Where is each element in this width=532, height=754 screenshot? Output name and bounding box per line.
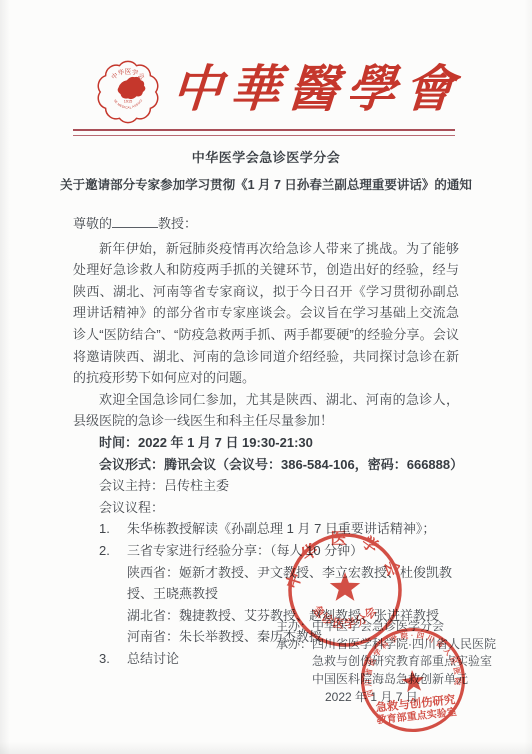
emblem-year: 1915 bbox=[124, 100, 133, 104]
salutation-suffix: 教授： bbox=[158, 216, 197, 231]
signature-block: 主办： 中华医学会急诊医学分会 承办： 四川省医学科学院·四川省人民医院 急救与… bbox=[276, 618, 516, 707]
salutation-line: 尊敬的教授： bbox=[73, 213, 459, 235]
organizer-row: 承办： 四川省医学科学院·四川省人民医院 急救与创伤研究教育部重点实验室 中国医… bbox=[276, 636, 516, 689]
meeting-time: 时间：2022 年 1 月 7 日 19:30-21:30 bbox=[73, 432, 459, 454]
agenda-sub-shaanxi: 陕西省：姬新才教授、尹文教授、李立宏教授、杜俊凯教授、王晓燕教授 bbox=[73, 562, 459, 605]
agenda-label: 会议议程： bbox=[73, 497, 459, 519]
organizer-names: 四川省医学科学院·四川省人民医院 急救与创伤研究教育部重点实验室 中国医科院海岛… bbox=[312, 636, 496, 689]
notice-body: 尊敬的教授： 新年伊始，新冠肺炎疫情再次给急诊人带来了挑战。为了能够处理好急诊救… bbox=[73, 213, 459, 669]
meeting-format: 会议形式：腾讯会议（会议号：386-584-106，密码：666888） bbox=[73, 454, 459, 476]
agenda-item-number: 1. bbox=[73, 518, 127, 540]
cma-emblem-icon: 中华医学会 1915 CHINESE MEDICAL ASSOCIATION bbox=[96, 60, 160, 124]
organizer-line: 四川省医学科学院·四川省人民医院 bbox=[312, 636, 496, 654]
paragraph-intro: 新年伊始，新冠肺炎疫情再次给急诊人带来了挑战。为了能够处理好急诊救人和防疫两手抓… bbox=[73, 238, 459, 389]
host-org-row: 主办： 中华医学会急诊医学分会 bbox=[276, 618, 516, 636]
agenda-item-text: 三省专家进行经验分享：（每人 10 分钟） bbox=[127, 540, 459, 562]
agenda-item-1: 1. 朱华栋教授解读《孙副总理 1 月 7 日重要讲话精神》； bbox=[73, 518, 459, 540]
paragraph-welcome: 欢迎全国急诊同仁参加，尤其是陕西、湖北、河南的急诊人，县级医院的急诊一线医生和科… bbox=[73, 389, 459, 432]
agenda-item-number: 3. bbox=[73, 648, 127, 670]
host-org-name: 中华医学会急诊医学分会 bbox=[312, 618, 444, 636]
stamp-line2-text: 教育部重点实验室 bbox=[375, 705, 458, 726]
organizer-line: 中国医科院海岛急救创新单元 bbox=[312, 671, 496, 689]
organizer-label: 承办： bbox=[276, 636, 312, 689]
salutation-blank bbox=[112, 215, 158, 228]
organizer-line: 急救与创伤研究教育部重点实验室 bbox=[312, 653, 496, 671]
salutation-prefix: 尊敬的 bbox=[73, 216, 112, 231]
notice-subject-title: 关于邀请部分专家参加学习贯彻《1 月 7 日孙春兰副总理重要讲话》的通知 bbox=[40, 175, 492, 193]
header-divider bbox=[73, 129, 455, 136]
agenda-item-text: 朱华栋教授解读《孙副总理 1 月 7 日重要讲话精神》； bbox=[127, 518, 459, 540]
meeting-host: 会议主持：吕传柱主委 bbox=[73, 475, 459, 497]
cma-calligraphy-title: 中華醫學會 bbox=[170, 56, 475, 126]
agenda-item-2: 2. 三省专家进行经验分享：（每人 10 分钟） bbox=[73, 540, 459, 562]
notice-document: 中华医学会 1915 CHINESE MEDICAL ASSOCIATION 中… bbox=[0, 0, 532, 754]
notice-date: 2022 年 1 月 7 日 bbox=[276, 689, 516, 707]
host-org-label: 主办： bbox=[276, 618, 312, 636]
agenda-item-number: 2. bbox=[73, 540, 127, 562]
branch-title: 中华医学会急诊医学分会 bbox=[0, 147, 532, 166]
